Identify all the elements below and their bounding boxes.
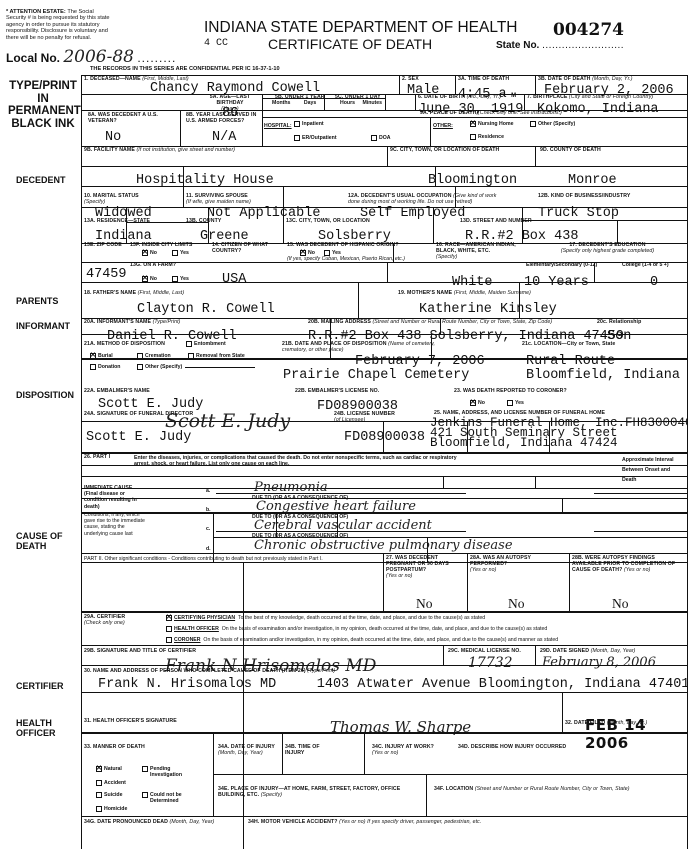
education-elem[interactable]: 10 Years (524, 276, 589, 290)
autopsy-performed[interactable]: No (508, 597, 525, 611)
field-12a-label: 12a. DECEDENT'S USUAL OCCUPATION (Give k… (348, 194, 508, 206)
side-label-cause: CAUSE OF DEATH (16, 532, 66, 552)
local-no-value: 2006-88 (63, 47, 134, 67)
field-29b-label: 29b. SIGNATURE AND TITLE OF CERTIFIER (84, 649, 196, 655)
part-1-label: 26. PART I (84, 455, 110, 461)
certifier-health-officer[interactable]: HEALTH OFFICER On the basis of examinati… (166, 626, 547, 632)
date-filed-stamp: FEB 14 2006 (585, 716, 688, 752)
other-label: OTHER: (433, 123, 453, 129)
funeral-license[interactable]: FD08900038 (344, 431, 425, 445)
field-11-label: 11. SURVIVING SPOUSE(If wife, give maide… (186, 194, 251, 206)
father-name[interactable]: Clayton R. Cowell (137, 303, 275, 317)
autopsy-findings[interactable]: No (612, 597, 629, 611)
checkbox-farm-no-checked[interactable] (142, 276, 148, 282)
field-34h-label: 34h. MOTOR VEHICLE ACCIDENT? (Yes or no)… (248, 820, 481, 826)
checkbox-er-outpatient[interactable] (294, 135, 300, 141)
veteran[interactable]: No (105, 131, 121, 145)
place-option-inpatient[interactable]: Inpatient (294, 121, 324, 127)
checkbox-other[interactable] (530, 121, 536, 127)
immediate-cause-label: IMMEDIATE CAUSE (Final disease or condit… (84, 485, 146, 510)
field-28a-label: 28a. WAS AN AUTOPSY PERFORMED?(Yes or no… (470, 556, 550, 574)
field-13d-label: 13d. STREET AND NUMBER (460, 219, 532, 225)
document-title: CERTIFICATE OF DEATH (268, 36, 432, 52)
field-34d-label: 34d. DESCRIBE HOW INJURY OCCURRED (458, 745, 566, 751)
manner-accident[interactable]: Accident (96, 780, 126, 786)
education-elem-label: Elementary/Secondary (0-12) (526, 262, 597, 268)
copies: 4 CC (204, 38, 228, 49)
field-31-label: 31. HEALTH OFFICER'S SIGNATURE (84, 719, 177, 725)
disposition-cremation[interactable]: Cremation (137, 353, 171, 359)
city-of-death[interactable]: Bloomington (428, 174, 517, 188)
field-29a-label: 29a. CERTIFIER(Check only one) (84, 615, 134, 627)
field-24b-label: 24b. LICENSE NUMBER(of Licensee) (334, 412, 395, 424)
cause-letter-c: c. (206, 526, 210, 532)
field-7-label: 7. BIRTHPLACE (City and State or Foreign… (527, 95, 653, 101)
local-no: Local No. 2006-88 ......... (6, 47, 176, 67)
coroner-yes[interactable]: Yes (507, 400, 524, 406)
field-21b-label: 21b. DATE AND PLACE OF DISPOSITION (Name… (282, 342, 452, 354)
field-6-label: 6. DATE OF BIRTH (Mo., Day, Yr.) (418, 95, 501, 101)
checkbox-health-officer[interactable] (166, 626, 172, 632)
education-college[interactable]: 0 (650, 276, 658, 290)
field-20c-label: 20c. Relationship (597, 320, 641, 326)
side-label-decedent: DECEDENT (16, 176, 66, 186)
checkbox-natural-checked[interactable] (96, 766, 102, 772)
conditions-label: Conditions, if any, which gave rise to t… (84, 512, 146, 537)
date-signed[interactable]: February 8, 2006 (542, 655, 656, 670)
cause-d[interactable]: Chronic obstructive pulmonary disease (254, 538, 513, 553)
field-5c-sublabels: Hours Minutes (340, 100, 382, 106)
checkbox-cremation[interactable] (137, 353, 143, 359)
time-of-death-suffix: M (511, 93, 516, 99)
field-34a-label: 34a. DATE OF INJURY(Month, Day, Year) (218, 745, 275, 757)
disposition-burial[interactable]: Burial (90, 353, 113, 359)
field-9b-label: 9b. FACILITY NAME (If not institution, g… (84, 148, 235, 154)
field-18-label: 18. FATHER'S NAME (First, Middle, Last) (84, 291, 184, 297)
checkbox-undetermined[interactable] (142, 792, 148, 798)
education-college-label: College (1-4 or 5 +) (622, 262, 669, 268)
field-20b-label: 20b. MAILING ADDRESS (Street and Number … (308, 320, 552, 326)
disposition-entombment[interactable]: Entombment (186, 341, 226, 347)
checkbox-farm-yes[interactable] (172, 276, 178, 282)
field-34g-label: 34g. DATE PRONOUNCED DEAD (Month, Day, Y… (84, 820, 214, 826)
field-22a-label: 22a. EMBALMER'S NAME (84, 389, 150, 395)
place-option-other[interactable]: Other (Specify) (530, 121, 575, 127)
disposition-location-1[interactable]: Rural Route (526, 355, 615, 369)
funeral-director-name[interactable]: Scott E. Judy (86, 431, 191, 445)
field-30-label: 30. NAME AND ADDRESS OF PERSON WHO COMPL… (84, 669, 335, 675)
disposition-date[interactable]: February 7, 2006 (355, 355, 485, 369)
field-23-label: 23. WAS DEATH REPORTED TO CORONER? (454, 389, 567, 395)
field-13f-label: 13f. INSIDE CITY LIMITS (130, 243, 192, 249)
manner-suicide[interactable]: Suicide (96, 792, 122, 798)
interval-label: Approximate Interval Between Onset and D… (622, 456, 680, 486)
place-option-residence[interactable]: Residence (470, 134, 504, 140)
field-9a-label: 9a. PLACE OF DEATH (Check only one. See … (420, 111, 562, 117)
checkbox-coroner-yes[interactable] (507, 400, 513, 406)
field-9c-label: 9c. CITY, TOWN, OR LOCATION OF DEATH (390, 148, 499, 154)
checkbox-physician-checked[interactable] (166, 615, 172, 621)
manner-homicide[interactable]: Homicide (96, 806, 127, 812)
cause-letter-b: b. (206, 507, 211, 513)
cause-letter-d: d. (206, 546, 211, 552)
field-34e-label: 34e. PLACE OF INJURY—At home, farm, stre… (218, 787, 418, 799)
state-no-label: State No. (496, 40, 539, 51)
citizenship[interactable]: USA (222, 273, 246, 287)
field-28b-label: 28b. WERE AUTOPSY FINDINGS AVAILABLE PRI… (572, 556, 682, 574)
field-33-label: 33. MANNER OF DEATH (84, 745, 145, 751)
field-5b-sublabels: Months Days (272, 100, 316, 106)
disposition-other[interactable]: Other (Specify) (137, 364, 255, 370)
field-3a-label: 3a. TIME OF DEATH (458, 77, 509, 83)
checkbox-accident[interactable] (96, 780, 102, 786)
mother-name[interactable]: Katherine Kinsley (419, 303, 557, 317)
checkbox-city-yes[interactable] (172, 250, 178, 256)
checkbox-nursing-home-checked[interactable] (470, 121, 476, 127)
disposition-location-2[interactable]: Bloomfield, Indiana (526, 369, 680, 383)
attention-notice: * ATTENTION ESTATE: The Social Security … (6, 9, 114, 41)
checkbox-removal[interactable] (188, 353, 194, 359)
field-27-label: 27. WAS DECEDENT PREGNANT OR 90 DAYS POS… (386, 556, 464, 580)
side-label-certifier: CERTIFIER (16, 682, 64, 692)
funeral-director-signature: Scott E. Judy (165, 410, 290, 432)
field-12b-label: 12b. KIND OF BUSINESS/INDUSTRY (538, 194, 630, 200)
completed-by[interactable]: Frank N. Hrisomalos MD 1403 Atwater Aven… (98, 678, 688, 692)
place-option-er-outpatient[interactable]: ER/Outpatient (294, 135, 337, 141)
field-21a-label: 21a. METHOD OF DISPOSITION (84, 342, 165, 348)
field-17-label: 17. DECEDENT'S EDUCATION(Specify only hi… (530, 243, 685, 255)
certifier-coroner[interactable]: CORONER On the basis of examination and/… (166, 637, 558, 643)
inside-city-no[interactable]: No (142, 250, 157, 256)
field-13b-label: 13b. COUNTY (186, 219, 221, 225)
disposition-donation[interactable]: Donation (90, 364, 120, 370)
manner-pending[interactable]: Pending Investigation (142, 766, 190, 778)
checkbox-pending[interactable] (142, 766, 148, 772)
checkbox-doa[interactable] (371, 135, 377, 141)
side-label-health-officer: HEALTH OFFICER (16, 719, 66, 739)
checkbox-entombment[interactable] (186, 341, 192, 347)
usual-occupation[interactable]: Self Employed (360, 207, 465, 221)
inside-city-yes[interactable]: Yes (172, 250, 189, 256)
checkbox-donation[interactable] (90, 364, 96, 370)
field-16-label: 16. RACE—American Indian, Black, White, … (436, 243, 516, 261)
attention-title: * ATTENTION ESTATE: (6, 9, 66, 15)
confidential-notice: THE RECORDS IN THIS SERIES ARE CONFIDENT… (90, 66, 280, 72)
checkbox-coroner-no-checked[interactable] (470, 400, 476, 406)
checkbox-city-no-checked[interactable] (142, 250, 148, 256)
on-farm-yes[interactable]: Yes (172, 276, 189, 282)
field-34f-label: 34f. LOCATION (Street and Number or Rura… (434, 787, 630, 793)
manner-undetermined[interactable]: Could not be Determined (142, 792, 192, 804)
field-20a-label: 20a. INFORMANT'S NAME (Type/Print) (84, 320, 181, 326)
field-8b-label: 8b. YEAR LAST SERVED IN U.S. ARMED FORCE… (186, 113, 261, 125)
side-label-disposition: DISPOSITION (16, 391, 74, 401)
disposition-removal[interactable]: Removal from State (188, 353, 245, 359)
pregnant[interactable]: No (416, 597, 433, 611)
cause-letter-a: a. (206, 488, 210, 494)
coroner-no[interactable]: No (470, 400, 485, 406)
on-farm-no[interactable]: No (142, 276, 157, 282)
funeral-home-line-3[interactable]: Bloomfield, Indiana 47424 (430, 437, 618, 450)
checkbox-suicide[interactable] (96, 792, 102, 798)
certifier-physician[interactable]: CERTIFYING PHYSICIAN To the best of my k… (166, 615, 485, 621)
county-of-death[interactable]: Monroe (568, 174, 617, 188)
manner-natural[interactable]: Natural (96, 766, 122, 772)
checkbox-homicide[interactable] (96, 806, 102, 812)
hospital-label: HOSPITAL: (264, 123, 292, 129)
checkbox-burial-checked[interactable] (90, 353, 96, 359)
field-21c-label: 21c. LOCATION—City or Town, State (522, 342, 615, 348)
field-14-label: 14. CITIZEN OF WHAT COUNTRY? (212, 243, 272, 255)
field-13a-label: 13a. RESIDENCE—STATE (84, 219, 150, 225)
side-label-type-print: TYPE/PRINT IN PERMANENT BLACK INK (8, 80, 78, 131)
checkbox-residence[interactable] (470, 134, 476, 140)
field-15-hint: (If yes, specify Cuban, Mexican, Puerto … (287, 256, 427, 262)
checkbox-disposition-other[interactable] (137, 364, 143, 370)
field-8a-label: 8a. WAS DECEDENT A U.S. VETERAN? (88, 113, 168, 125)
year-last-served[interactable]: N/A (212, 131, 236, 145)
field-34c-label: 34c. INJURY AT WORK?(Yes or no) (372, 745, 434, 757)
field-13e-label: 13e. ZIP CODE (84, 243, 122, 249)
field-19-label: 19. MOTHER'S NAME (First, Middle, Maiden… (398, 291, 531, 297)
field-10-label: 10. MARITAL STATUS(Specify) (84, 194, 139, 206)
business-industry[interactable]: Truck Stop (538, 207, 619, 221)
disposition-place[interactable]: Prairie Chapel Cemetery (283, 369, 469, 383)
checkbox-inpatient[interactable] (294, 121, 300, 127)
part-1-instructions: Enter the diseases, injuries, or complic… (134, 455, 464, 467)
zip-code[interactable]: 47459 (86, 268, 127, 282)
side-label-parents: PARENTS (16, 297, 58, 307)
field-13g-label: 13g. ON A FARM? (130, 263, 176, 269)
medical-license[interactable]: 17732 (468, 655, 513, 671)
part-2-label: PART II. Other significant conditions - … (84, 556, 382, 562)
side-label-informant: INFORMANT (16, 322, 70, 332)
field-13c-label: 13c. CITY, TOWN, OR LOCATION (286, 219, 370, 225)
serial-number: 004274 (553, 20, 624, 40)
place-option-doa[interactable]: DOA (371, 135, 391, 141)
checkbox-coroner[interactable] (166, 637, 172, 643)
field-34b-label: 34b. TIME OF INJURY (285, 745, 330, 757)
facility-name[interactable]: Hospitality House (136, 174, 274, 188)
agency-title: INDIANA STATE DEPARTMENT OF HEALTH (204, 19, 518, 37)
place-option-nursing-home[interactable]: Nursing Home (470, 121, 513, 127)
field-9d-label: 9d. COUNTY OF DEATH (540, 148, 601, 154)
local-no-label: Local No. (6, 51, 60, 65)
field-22b-label: 22b. EMBALMER'S LICENSE NO. (295, 389, 379, 395)
state-no: State No. ......................... (496, 40, 624, 51)
race[interactable]: White (452, 276, 493, 290)
